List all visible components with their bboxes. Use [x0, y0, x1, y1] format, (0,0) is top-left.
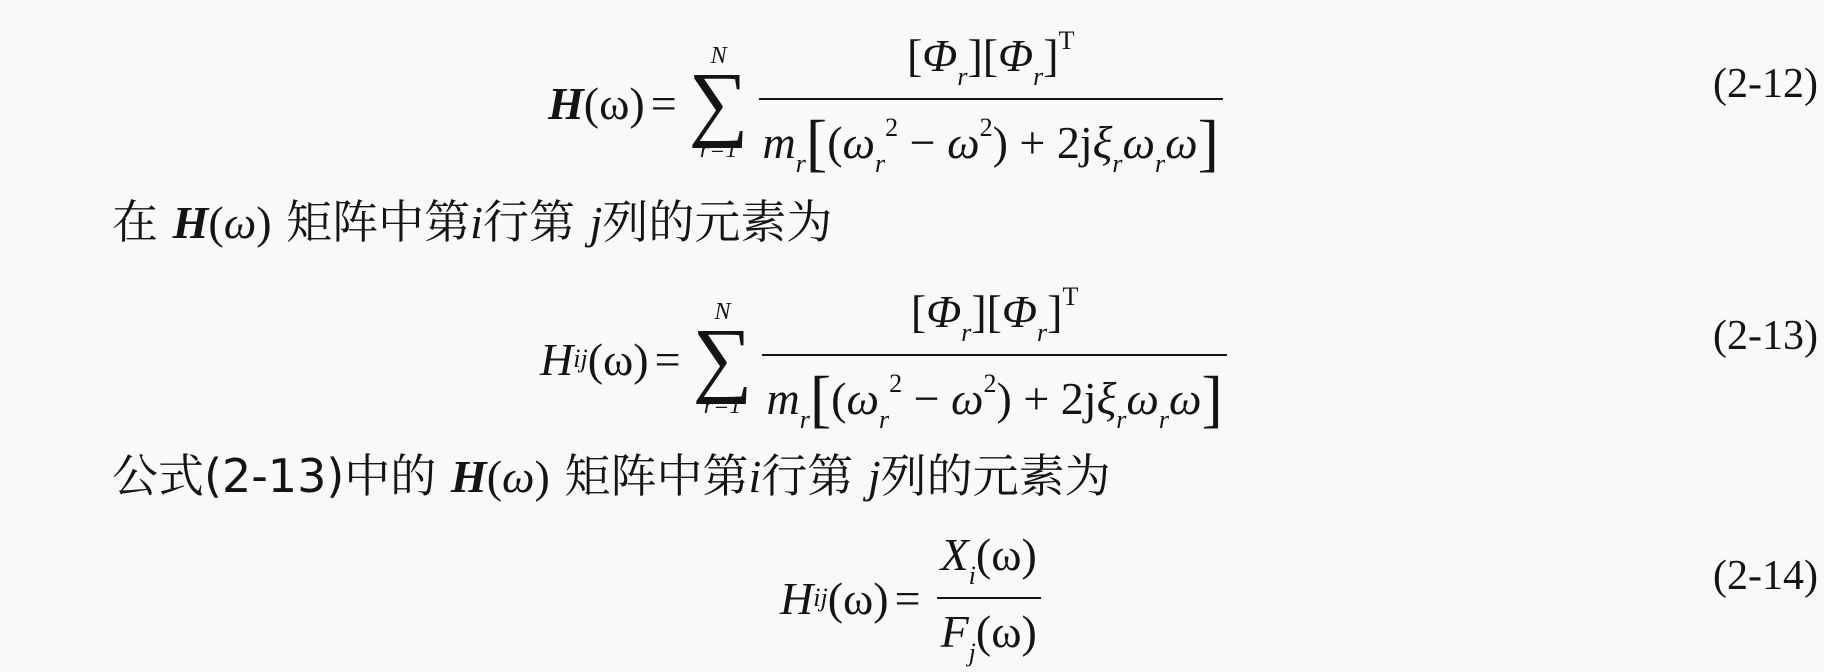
document-page: H (ω) = N ∑ r=1 [Φr][Φr]T mr[(ωr2 − ω2) …: [0, 0, 1824, 672]
sigma-symbol: ∑: [689, 68, 749, 138]
equation-2-12: H (ω) = N ∑ r=1 [Φr][Φr]T mr[(ωr2 − ω2) …: [548, 26, 1223, 180]
equation-number-2-12: (2-12): [1713, 60, 1818, 108]
equation-number-2-14: (2-14): [1713, 552, 1818, 600]
fraction: [Φr][Φr]T mr[(ωr2 − ω2) + 2jξrωrω]: [759, 26, 1223, 180]
eq-arg: (ω): [584, 77, 645, 130]
paragraph-1: 在 H(ω) 矩阵中第i行第 j列的元素为: [112, 186, 832, 252]
numerator: [Φr][Φr]T: [897, 26, 1085, 98]
equation-number-2-13: (2-13): [1713, 312, 1818, 360]
sum-lower-limit: r=1: [700, 138, 738, 162]
equation-2-13: Hij (ω) = N ∑ r=1 [Φr][Φr]T mr[(ωr2 − ω2…: [540, 282, 1227, 436]
equals-sign: =: [651, 77, 677, 130]
eq-lhs: H: [548, 77, 584, 130]
denominator: mr[(ωr2 − ω2) + 2jξrωrω]: [759, 98, 1223, 180]
eq-lhs: H: [540, 333, 573, 386]
fraction: Xi(ω) Fj(ω): [931, 528, 1047, 668]
fraction: [Φr][Φr]T mr[(ωr2 − ω2) + 2jξrωrω]: [762, 282, 1226, 436]
paragraph-2: 公式(2-13)中的 H(ω) 矩阵中第i行第 j列的元素为: [112, 440, 1111, 506]
summation: N ∑ r=1: [689, 44, 749, 162]
summation: N ∑ r=1: [693, 300, 753, 418]
equation-2-14: Hij (ω) = Xi(ω) Fj(ω): [780, 528, 1047, 668]
